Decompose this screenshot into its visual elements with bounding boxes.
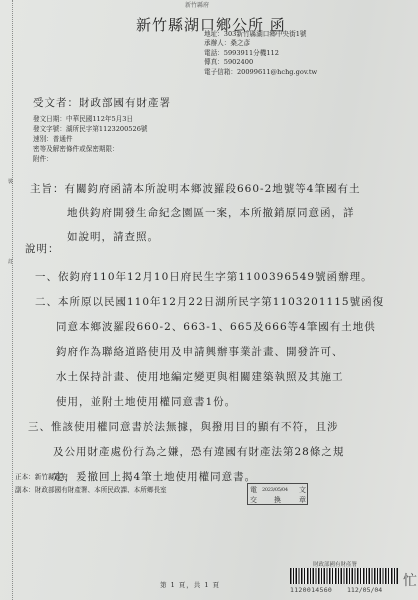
explanation-item: 三、惟該使用權同意書於法無據，與撥用目的顯有不符，且涉 [25, 415, 384, 440]
binding-mark: 訂 [8, 258, 13, 265]
issue-date: 發文日期：中華民國112年5月3日 [33, 114, 147, 124]
stamp-char: 換 [274, 495, 281, 505]
document-page: 裝 訂 新竹縣府 新竹縣湖口鄉公所 函 地址：303新竹縣湖口鄉中央街1號 承辦… [0, 0, 418, 600]
urgency: 速別：普通件 [33, 134, 147, 144]
barcode-number: 1120014560 [290, 586, 332, 594]
explanation-item-cont: 使用，並附土地使用權同意書1份。 [25, 390, 384, 415]
stamp-char: 交 [250, 495, 257, 505]
explanation-item-cont: 同意本鄉波羅段660-2、663-1、665及666等4筆國有土地供 [25, 315, 384, 340]
barcode-date: 112/05/04 [347, 586, 382, 594]
stamp-char: 章 [299, 495, 306, 505]
subject-line: 主旨：有關鈞府函請本所說明本鄉波羅段660-2地號等4筆國有土 [30, 177, 360, 201]
contact-info: 地址：303新竹縣湖口鄉中央街1號 承辦人：桑之彥 電話：5993911分機11… [204, 30, 317, 77]
header-fragment: 新竹縣府 [185, 0, 209, 9]
barcode [290, 568, 398, 584]
confidentiality: 密等及解密條件或保密期限： [33, 144, 147, 154]
explanation-title: 說明： [25, 241, 60, 256]
binding-margin-line [12, 0, 13, 600]
contact-address: 地址：303新竹縣湖口鄉中央街1號 [204, 30, 317, 39]
document-number: 發文字號：湖所民字第1123200526號 [33, 124, 147, 134]
contact-email: 電子信箱：20099611@hchg.gov.tw [204, 68, 317, 77]
stamp-char: 文 [299, 485, 306, 495]
subject-line: 如說明，請查照。 [30, 225, 360, 249]
explanation-items: 一、依鈞府110年12月10日府民生字第1100396549號函辦理。 二、本所… [25, 265, 384, 490]
distribution: 正本：新竹縣政府 副本：財政部國有財產署、本所民政課、本所鄉長室 [15, 471, 167, 497]
subject: 主旨：有關鈞府函請本所說明本鄉波羅段660-2地號等4筆國有土 地供鈞府開發生命… [30, 177, 360, 249]
stamp-char: 電 [250, 485, 257, 495]
contact-phone: 電話：5993911分機112 [204, 49, 317, 58]
barcode-label: 財政部國有財產署 [313, 560, 357, 568]
contact-fax: 傳真：5902400 [204, 58, 317, 67]
cc-recipients: 副本：財政部國有財產署、本所民政課、本所鄉長室 [15, 484, 167, 497]
handwritten-mark: 忙 [403, 570, 417, 590]
original-recipient: 正本：新竹縣政府 [15, 471, 167, 484]
recipient: 受文者：財政部國有財產署 [33, 95, 171, 110]
explanation-item: 一、依鈞府110年12月10日府民生字第1100396549號函辦理。 [25, 265, 384, 290]
stamp-datetime: 2023/05/04 [262, 487, 288, 493]
document-meta: 發文日期：中華民國112年5月3日 發文字號：湖所民字第1123200526號 … [33, 114, 147, 164]
electronic-exchange-stamp: 電 文 交 換 章 2023/05/04 [247, 483, 308, 505]
attachments: 附件： [33, 154, 147, 164]
explanation-item-cont: 水土保持計畫、使用地編定變更與相關建築執照及其施工 [25, 365, 384, 390]
explanation-item-cont: 鈞府作為聯絡道路使用及申請興辦事業計畫、開發許可、 [25, 340, 384, 365]
explanation-item-cont: 及公用財產處份行為之嫌，恐有違國有財產法第28條之規 [25, 440, 384, 465]
page-number: 第 1 頁，共 1 頁 [160, 580, 220, 589]
binding-mark: 裝 [8, 178, 13, 185]
contact-handler: 承辦人：桑之彥 [204, 39, 317, 48]
explanation-item: 二、本所原以民國110年12月22日湖所民字第1103201115號函復 [25, 290, 384, 315]
subject-line: 地供鈞府開發生命紀念園區一案，本所撤銷原同意函，詳 [30, 201, 360, 225]
